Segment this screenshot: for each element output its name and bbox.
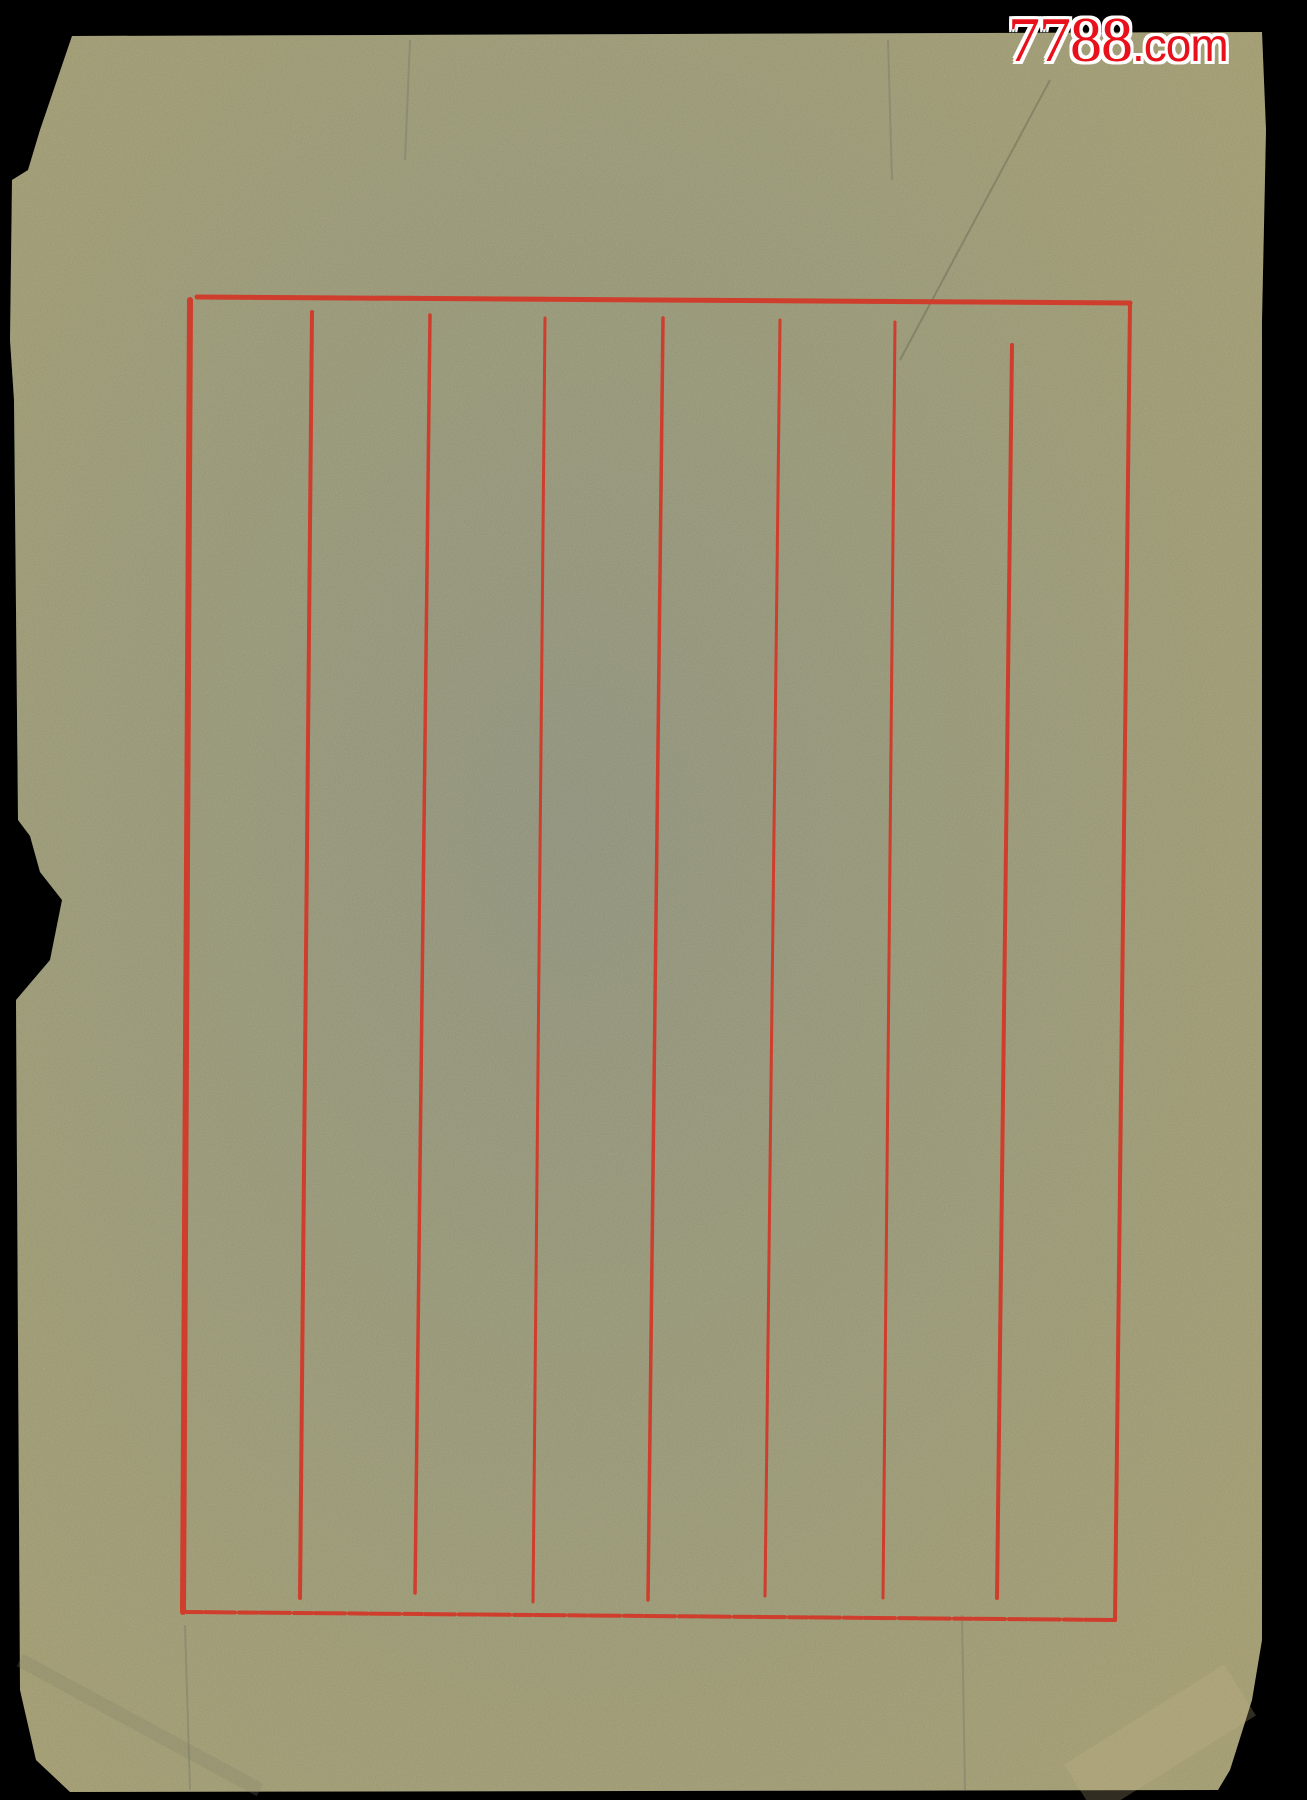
letter-paper — [0, 0, 1307, 1800]
scanned-document: 7788.com — [0, 0, 1307, 1800]
watermark-number: 7788 — [1008, 4, 1132, 75]
site-watermark: 7788.com — [1008, 8, 1228, 77]
watermark-domain: .com — [1132, 19, 1228, 71]
